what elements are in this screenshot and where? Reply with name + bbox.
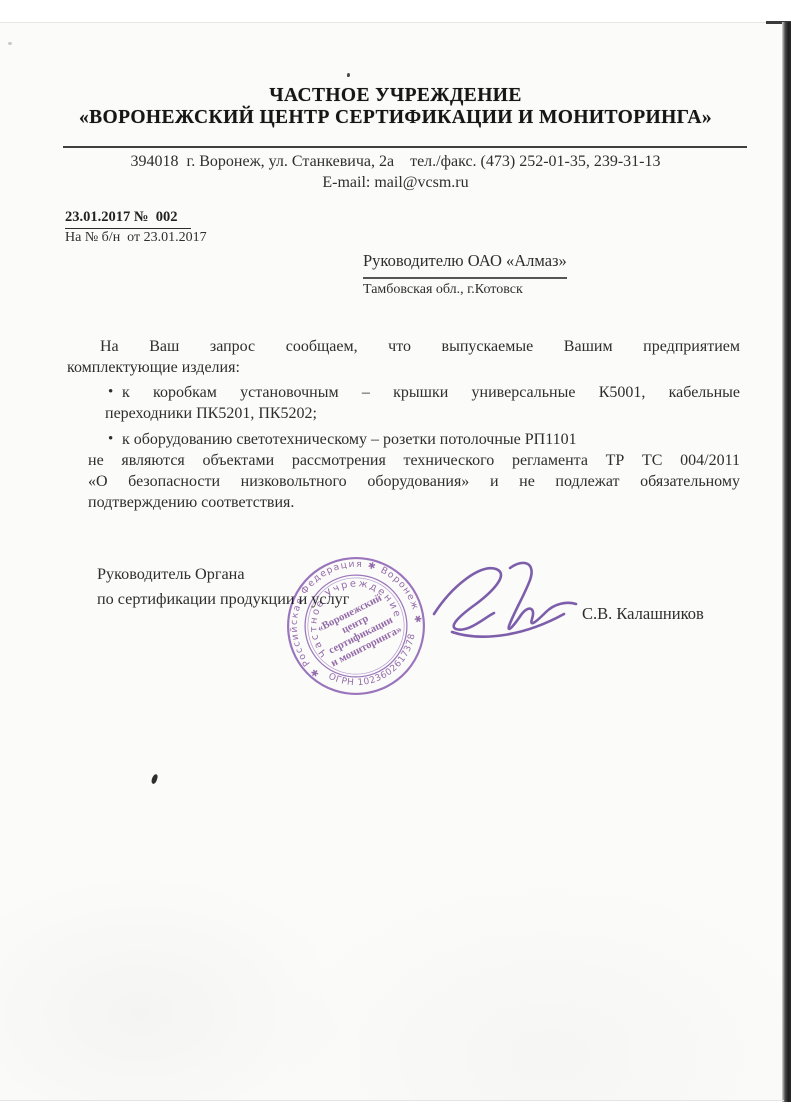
org-title-line1: ЧАСТНОЕ УЧРЕЖДЕНИЕ xyxy=(0,85,791,107)
body-line: подтверждению соответствия. xyxy=(67,492,740,513)
letter-body: На Ваш запрос сообщаем, что выпускаемые … xyxy=(67,336,740,513)
org-title-line2: «ВОРОНЕЖСКИЙ ЦЕНТР СЕРТИФИКАЦИИ И МОНИТО… xyxy=(0,107,791,129)
scan-edge-bottom xyxy=(0,1100,784,1101)
addressee-location: Тамбовская обл., г.Котовск xyxy=(363,282,523,298)
bullet-item: • к оборудованию светотехническому – роз… xyxy=(67,429,740,450)
signatory-role-line1: Руководитель Органа xyxy=(97,565,245,584)
body-line: «О безопасности низковольтного оборудова… xyxy=(67,471,740,492)
bullet-marker: • xyxy=(108,429,113,450)
bullet-marker: • xyxy=(108,382,113,403)
body-line: не являются объектами рассмотрения техни… xyxy=(67,450,740,471)
body-line: к оборудованию светотехническому – розет… xyxy=(67,429,740,450)
ref-outgoing: 23.01.2017 № 002 xyxy=(65,209,191,229)
body-line: комплектующие изделия: xyxy=(67,357,740,378)
addressee-name: Руководителю ОАО «Алмаз» xyxy=(363,251,567,271)
signature-scribble xyxy=(424,556,599,656)
org-address: 394018 г. Воронеж, ул. Станкевича, 2а те… xyxy=(0,153,791,171)
scanned-letter: ЧАСТНОЕ УЧРЕЖДЕНИЕ «ВОРОНЕЖСКИЙ ЦЕНТР СЕ… xyxy=(0,0,791,1120)
scan-edge-right xyxy=(782,22,791,1102)
ref-incoming: На № б/н от 23.01.2017 xyxy=(65,230,207,246)
body-line: переходники ПК5201, ПК5202; xyxy=(67,403,740,424)
scan-edge-top xyxy=(0,22,766,23)
bullet-item: • к коробкам установочным – крышки униве… xyxy=(67,382,740,424)
signatory-name: С.В. Калашников xyxy=(582,604,704,624)
org-email: E-mail: mail@vcsm.ru xyxy=(0,174,791,192)
ink-speck xyxy=(347,73,350,77)
addressee-underline xyxy=(363,277,567,279)
body-line: На Ваш запрос сообщаем, что выпускаемые … xyxy=(67,336,740,357)
ink-speck xyxy=(8,42,12,45)
body-line: к коробкам установочным – крышки универс… xyxy=(67,382,740,403)
header-rule xyxy=(63,146,747,148)
